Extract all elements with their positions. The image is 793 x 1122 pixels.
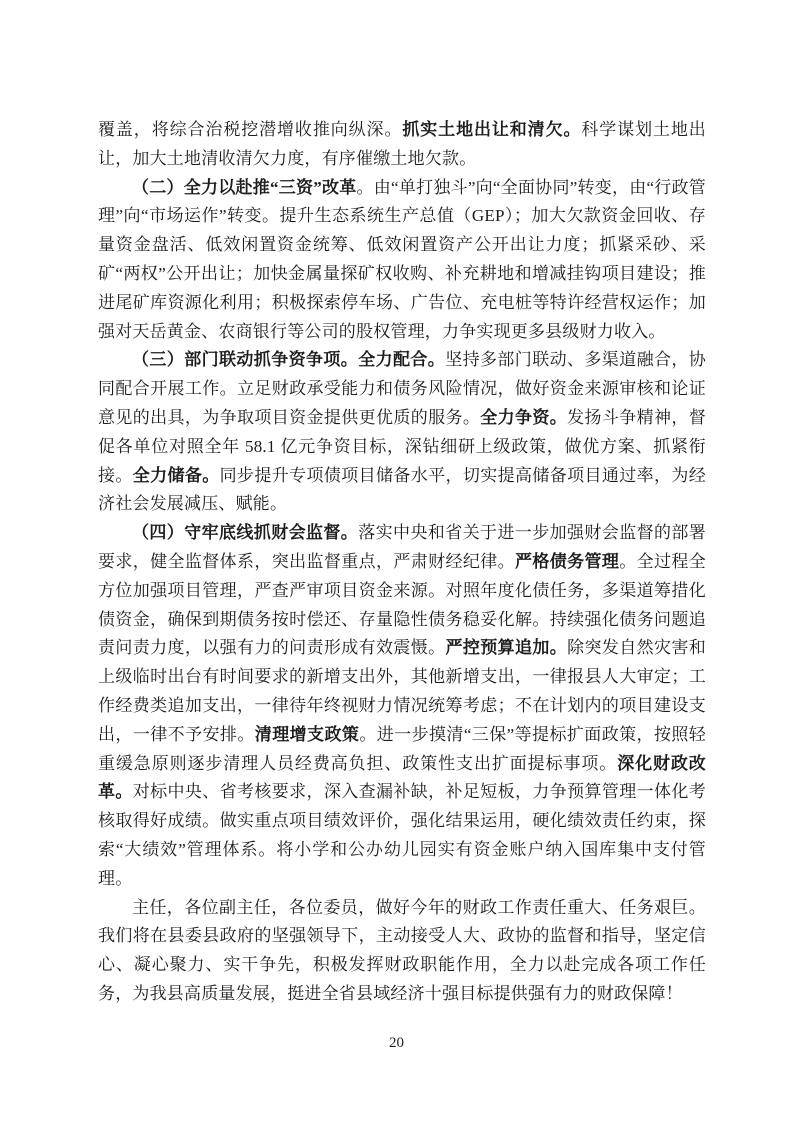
bold-run: 全力争资。 (480, 408, 567, 427)
text-run: 覆盖，将综合治税挖潜增收推向纵深。 (98, 120, 402, 139)
bold-run: （四）守牢底线抓财会监督。 (132, 523, 358, 542)
document-page: 覆盖，将综合治税挖潜增收推向纵深。抓实土地出让和清欠。科学谋划土地出让，加大土地… (0, 0, 793, 1122)
paragraph: （二）全力以赴推“三资”改革。由“单打独斗”向“全面协同”转变，由“行政管理”向… (98, 174, 706, 347)
paragraph: 主任，各位副主任，各位委员，做好今年的财政工作责任重大、任务艰巨。我们将在县委县… (98, 894, 706, 1009)
text-run: 对标中央、省考核要求，深入查漏补缺，补足短板，力争预算管理一体化考核取得好成绩。… (98, 782, 706, 887)
bold-run: （二）全力以赴推“三资”改革 (132, 178, 357, 197)
text-run: 。由“单打独斗”向“全面协同”转变，由“行政管理”向“市场运作”转变。提升生态系… (98, 178, 706, 341)
bold-run: 严控预算追加。 (446, 638, 568, 657)
bold-run: （三）部门联动抓争资争项。全力配合。 (132, 350, 445, 369)
bold-run: 抓实土地出让和清欠。 (402, 120, 581, 139)
page-number: 20 (0, 1035, 793, 1052)
paragraph: （四）守牢底线抓财会监督。落实中央和省关于进一步加强财会监督的部署要求，健全监督… (98, 519, 706, 893)
bold-run: 全力储备。 (133, 466, 220, 485)
text-run: 主任，各位副主任，各位委员，做好今年的财政工作责任重大、任务艰巨。我们将在县委县… (98, 898, 706, 1003)
bold-run: 严格债务管理 (515, 552, 619, 571)
document-body: 覆盖，将综合治税挖潜增收推向纵深。抓实土地出让和清欠。科学谋划土地出让，加大土地… (98, 116, 706, 1009)
paragraph: （三）部门联动抓争资争项。全力配合。坚持多部门联动、多渠道融合，协同配合开展工作… (98, 346, 706, 519)
bold-run: 清理增支政策 (255, 725, 360, 744)
paragraph: 覆盖，将综合治税挖潜增收推向纵深。抓实土地出让和清欠。科学谋划土地出让，加大土地… (98, 116, 706, 174)
